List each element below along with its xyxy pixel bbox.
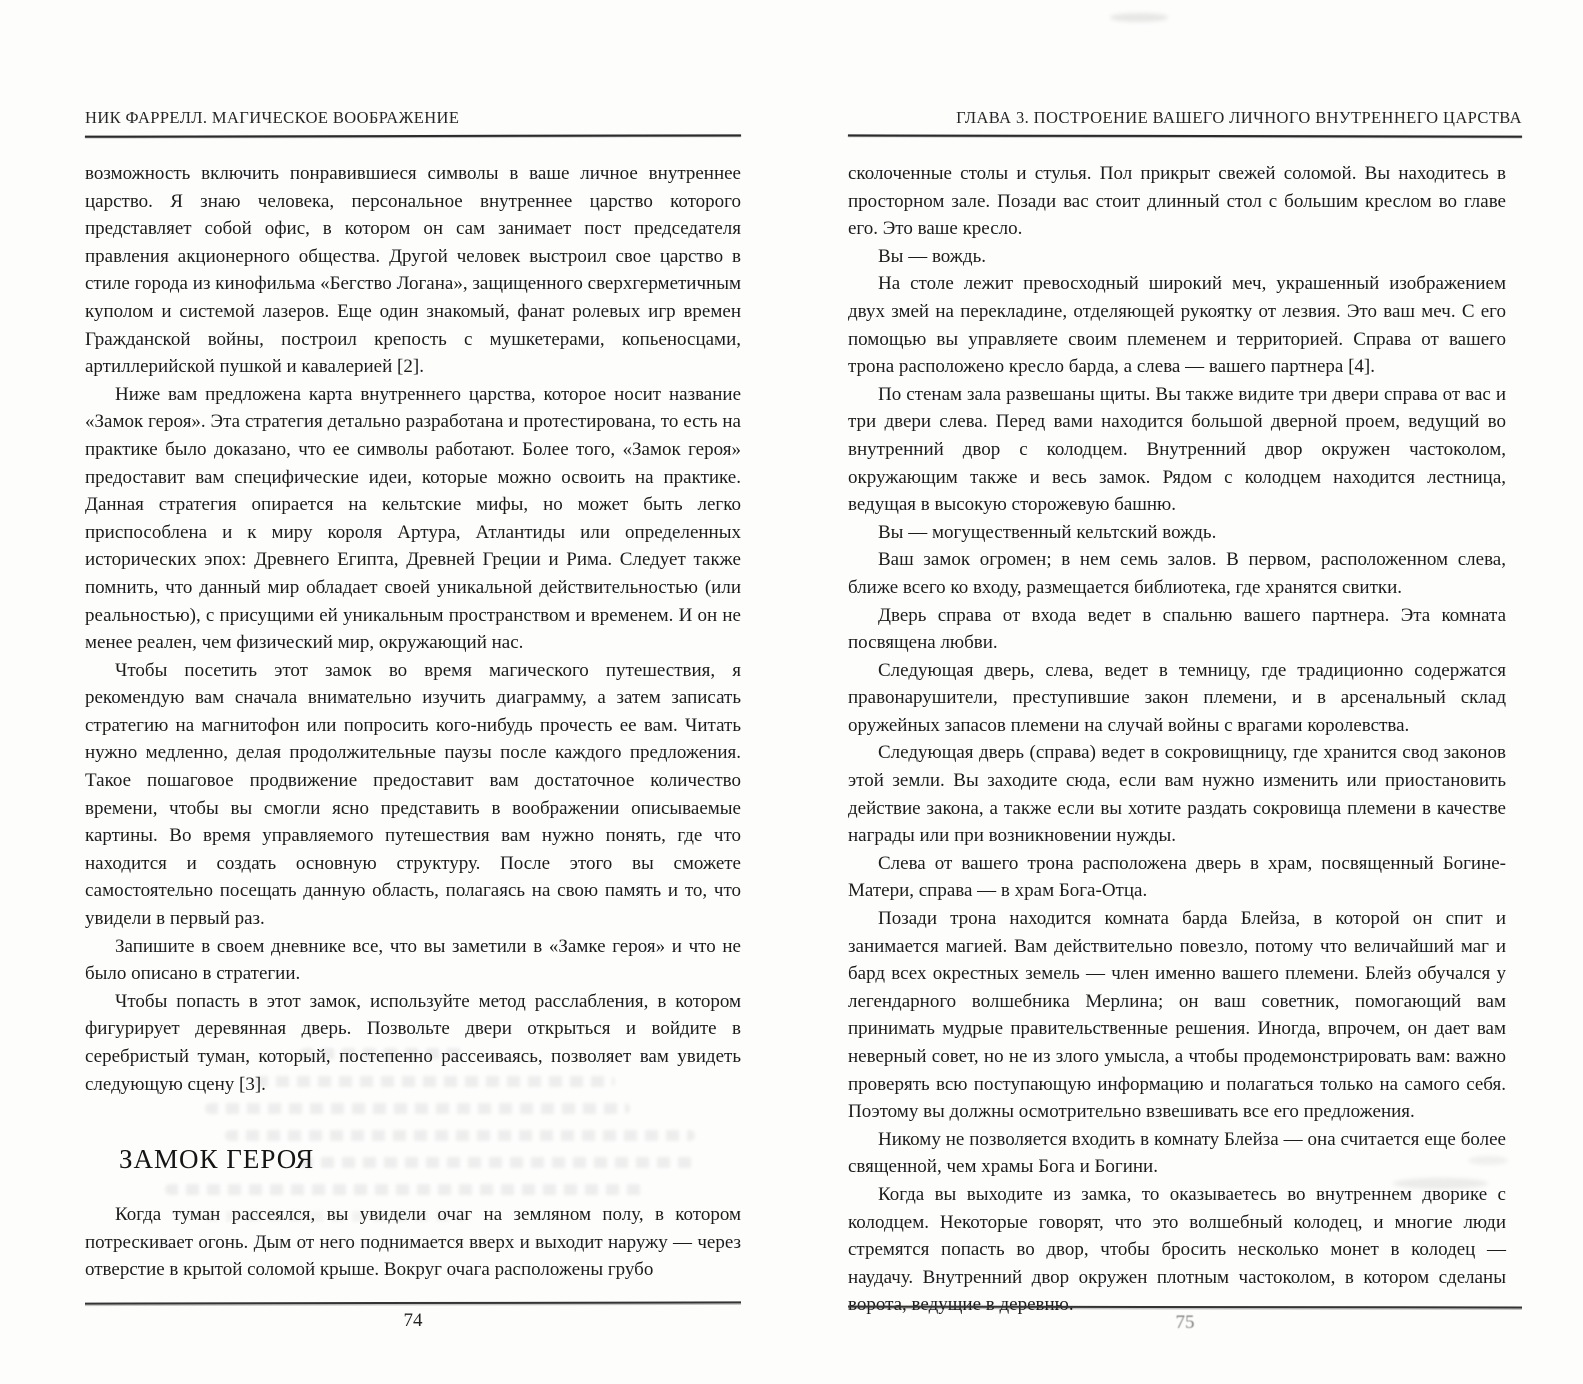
right-header-rule — [848, 134, 1522, 137]
paragraph: Ваш замок огромен; в нем семь залов. В п… — [848, 546, 1506, 601]
right-page-number: 75 — [848, 1312, 1522, 1334]
paragraph: Следующая дверь, слева, ведет в темницу,… — [848, 657, 1506, 740]
paragraph: Слева от вашего трона расположена дверь … — [848, 850, 1506, 905]
right-page: ГЛАВА 3. ПОСТРОЕНИЕ ВАШЕГО ЛИЧНОГО ВНУТР… — [848, 0, 1522, 1384]
right-paragraph-list: сколоченные столы и стулья. Пол прикрыт … — [848, 160, 1506, 1319]
right-running-head: ГЛАВА 3. ПОСТРОЕНИЕ ВАШЕГО ЛИЧНОГО ВНУТР… — [848, 108, 1522, 128]
paragraph: На столе лежит превосходный широкий меч,… — [848, 270, 1506, 380]
right-body-text: сколоченные столы и стулья. Пол прикрыт … — [848, 160, 1506, 1319]
paragraph: Запишите в своем дневнике все, что вы за… — [85, 933, 741, 988]
left-page: НИК ФАРРЕЛЛ. МАГИЧЕСКОЕ ВООБРАЖЕНИЕ возм… — [85, 0, 741, 1384]
paragraph: По стенам зала развешаны щиты. Вы также … — [848, 381, 1506, 519]
section-heading: ЗАМОК ГЕРОЯ — [119, 1144, 741, 1175]
paragraph: Чтобы посетить этот замок во время магич… — [85, 657, 741, 933]
paragraph: возможность включить понравившиеся симво… — [85, 160, 741, 381]
scan-smudge — [1110, 13, 1168, 22]
paragraph: Ниже вам предложена карта внутреннего ца… — [85, 381, 741, 657]
left-footer-rule — [85, 1301, 741, 1304]
left-header-rule — [85, 134, 741, 137]
left-body-text: возможность включить понравившиеся симво… — [85, 160, 741, 1284]
paragraph: Позади трона находится комната барда Бле… — [848, 905, 1506, 1126]
left-paragraph-list-bottom: Когда туман рассеялся, вы увидели очаг н… — [85, 1201, 741, 1284]
book-scan: { "left_page": { "header": "НИК ФАРРЕЛЛ.… — [0, 0, 1583, 1384]
paragraph: Когда туман рассеялся, вы увидели очаг н… — [85, 1201, 741, 1284]
left-page-number: 74 — [85, 1310, 741, 1332]
paragraph: Дверь справа от входа ведет в спальню ва… — [848, 602, 1506, 657]
paragraph: Когда вы выходите из замка, то оказывает… — [848, 1181, 1506, 1319]
paragraph: сколоченные столы и стулья. Пол прикрыт … — [848, 160, 1506, 243]
paragraph: Чтобы попасть в этот замок, используйте … — [85, 988, 741, 1098]
paragraph: Вы — вождь. — [848, 243, 1506, 271]
paragraph: Вы — могущественный кельтский вождь. — [848, 519, 1506, 547]
paragraph: Никому не позволяется входить в комнату … — [848, 1126, 1506, 1181]
paragraph: Следующая дверь (справа) ведет в сокрови… — [848, 739, 1506, 849]
left-running-head: НИК ФАРРЕЛЛ. МАГИЧЕСКОЕ ВООБРАЖЕНИЕ — [85, 108, 741, 128]
left-paragraph-list-top: возможность включить понравившиеся симво… — [85, 160, 741, 1098]
